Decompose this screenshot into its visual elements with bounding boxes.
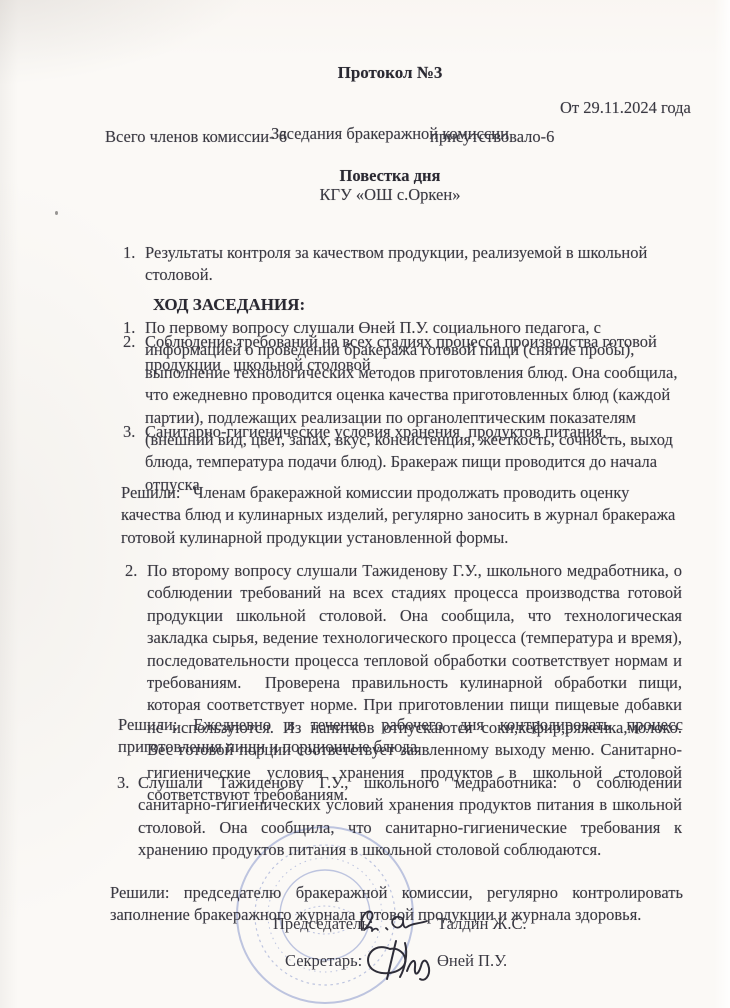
decision-1: Решили: Членам бракеражной комиссии прод…	[121, 482, 683, 549]
agenda-item-number: 1.	[123, 242, 145, 287]
chairman-signature	[356, 905, 430, 937]
secretary-name: Өней П.У.	[437, 950, 507, 972]
document-page: Протокол №3 Заседания бракеражной комисс…	[0, 0, 730, 1008]
secretary-signature	[360, 936, 442, 986]
members-total: Всего членов комиссии- 6	[105, 126, 287, 148]
chairman-name: Талдин Ж.С.	[437, 913, 527, 935]
protocol-date: От 29.11.2024 года	[560, 97, 691, 119]
hearing-text: Слушали Тажиденову Г.У., школьного медра…	[138, 772, 682, 862]
agenda-heading: Повестка дня	[115, 165, 665, 187]
protocol-title: Протокол №3	[115, 63, 665, 83]
decision-2: Решили: Ежедневно в течение рабочего дня…	[118, 714, 683, 759]
hearing-number: 2.	[125, 560, 147, 806]
hearing-text: По первому вопросу слушали Өней П.У. соц…	[145, 317, 682, 496]
agenda-item: 1. Результаты контроля за качеством прод…	[123, 242, 683, 287]
members-present: присутствовало-6	[430, 126, 554, 148]
scan-speck	[55, 211, 58, 215]
secretary-label: Секретарь:	[285, 950, 362, 972]
hearing-3: 3. Слушали Тажиденову Г.У., школьного ме…	[117, 772, 682, 862]
proceedings-heading: ХОД ЗАСЕДАНИЯ:	[153, 294, 305, 316]
hearing-number: 3.	[117, 772, 138, 862]
agenda-item-text: Результаты контроля за качеством продукц…	[145, 242, 683, 287]
hearing-1: 1. По первому вопросу слушали Өней П.У. …	[123, 317, 682, 496]
hearing-number: 1.	[123, 317, 145, 496]
hearing-2: 2. По второму вопросу слушали Тажиденову…	[125, 560, 682, 806]
hearing-text: По второму вопросу слушали Тажиденову Г.…	[147, 560, 682, 806]
